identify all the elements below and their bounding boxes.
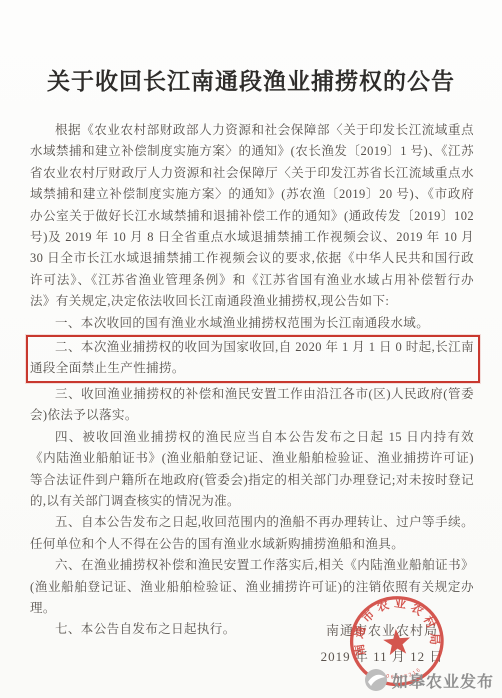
signature-date: 2019 年 11 月 12 日 (292, 644, 472, 670)
paragraph: 六、在渔业捕捞权补偿和渔民安置工作落实后,相关《内陆渔业船舶证书》(渔业船舶登记… (30, 555, 474, 619)
watermark-logo-icon (364, 668, 388, 692)
watermark-label: 如皋农业发布 (392, 669, 494, 692)
announcement-page: 关于收回长江南通段渔业捕捞权的公告 根据《农业农村部财政部人力资源和社会保障部〈… (0, 0, 502, 698)
paragraph: 根据《农业农村部财政部人力资源和社会保障部〈关于印发长江流域重点水域禁捕和建立补… (30, 120, 474, 313)
watermark: 如皋农业发布 (364, 668, 494, 692)
signature-block: 南通市农业农村局 2019 年 11 月 12 日 (292, 618, 472, 670)
signature-org: 南通市农业农村局 (292, 618, 472, 644)
paragraph: 一、本次收回的国有渔业水域渔业捕捞权范围为长江南通段水域。 (30, 313, 474, 334)
announcement-body: 根据《农业农村部财政部人力资源和社会保障部〈关于印发长江流域重点水域禁捕和建立补… (30, 120, 474, 641)
paragraph: 三、收回渔业捕捞权的补偿和渔民安置工作由沿江各市(区)人民政府(管委会)依法予以… (30, 384, 474, 427)
paragraph: 二、本次渔业捕捞权的收回为国家收回,自 2020 年 1 月 1 日 0 时起,… (26, 335, 480, 383)
paragraph: 四、被收回渔业捕捞权的渔民应当自本公告发布之日起 15 日内持有效《内陆渔业船舶… (30, 427, 474, 513)
announcement-title: 关于收回长江南通段渔业捕捞权的公告 (28, 66, 474, 96)
paragraph: 五、自本公告发布之日起,收回范围内的渔船不再办理转让、过户等手续。任何单位和个人… (30, 512, 474, 555)
